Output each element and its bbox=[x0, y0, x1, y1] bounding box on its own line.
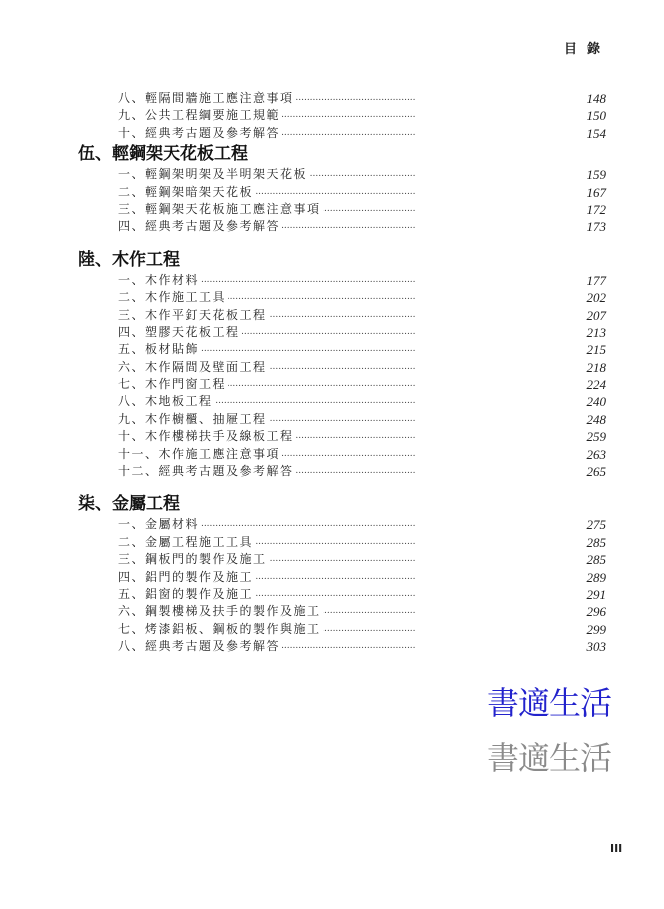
entry-page: 172 bbox=[566, 201, 606, 218]
entry-label: 七、烤漆鋁板、鋼板的製作與施工 bbox=[118, 621, 323, 638]
toc-entry[interactable]: 一、輕鋼架明架及半明架天花板..........................… bbox=[0, 166, 664, 183]
toc-continued-section: 八、輕隔間牆施工應注意事項...........................… bbox=[0, 90, 664, 142]
toc-entry[interactable]: 七、木作門窗工程................................… bbox=[0, 376, 664, 393]
entry-label: 三、鋼板門的製作及施工 bbox=[118, 551, 269, 568]
entry-label: 一、金屬材料 bbox=[118, 516, 201, 533]
toc-entry[interactable]: 二、輕鋼架暗架天花板..............................… bbox=[0, 184, 664, 201]
entry-page: 159 bbox=[566, 166, 606, 183]
entry-label: 八、輕隔間牆施工應注意事項 bbox=[118, 90, 296, 107]
entry-label: 四、鋁門的製作及施工 bbox=[118, 569, 255, 586]
entry-page: 296 bbox=[566, 603, 606, 620]
entry-page: 173 bbox=[566, 218, 606, 235]
entry-label: 二、木作施工工具 bbox=[118, 289, 228, 306]
toc-chapter-6: 陸、木作工程 一、木作材料...........................… bbox=[0, 248, 664, 481]
entry-label: 二、金屬工程施工工具 bbox=[118, 534, 255, 551]
entry-page: 275 bbox=[566, 516, 606, 533]
entry-page: 224 bbox=[566, 376, 606, 393]
entry-label: 十二、經典考古題及參考解答 bbox=[118, 463, 296, 480]
toc-entry[interactable]: 四、鋁門的製作及施工..............................… bbox=[0, 569, 664, 586]
page-number: III bbox=[610, 842, 622, 855]
entry-page: 303 bbox=[566, 638, 606, 655]
entry-page: 248 bbox=[566, 411, 606, 428]
toc-entry[interactable]: 八、輕隔間牆施工應注意事項...........................… bbox=[0, 90, 664, 107]
entry-label: 四、經典考古題及參考解答 bbox=[118, 218, 282, 235]
entry-label: 十一、木作施工應注意事項 bbox=[118, 446, 282, 463]
toc-entry[interactable]: 三、木作平釘天花板工程.............................… bbox=[0, 307, 664, 324]
entry-page: 177 bbox=[566, 272, 606, 289]
toc-entry[interactable]: 八、木地板工程.................................… bbox=[0, 393, 664, 410]
entry-page: 259 bbox=[566, 428, 606, 445]
watermark-secondary: 書適生活 bbox=[487, 733, 611, 779]
toc-entry[interactable]: 二、金屬工程施工工具..............................… bbox=[0, 534, 664, 551]
entry-page: 150 bbox=[566, 107, 606, 124]
entry-page: 213 bbox=[566, 324, 606, 341]
entry-label: 九、木作櫥櫃、抽屜工程 bbox=[118, 411, 269, 428]
toc-entry[interactable]: 一、木作材料..................................… bbox=[0, 272, 664, 289]
entry-label: 八、木地板工程 bbox=[118, 393, 215, 410]
toc-chapter-5: 伍、輕鋼架天花板工程 一、輕鋼架明架及半明架天花板...............… bbox=[0, 142, 664, 236]
entry-page: 207 bbox=[566, 307, 606, 324]
toc-entry[interactable]: 十二、經典考古題及參考解答...........................… bbox=[0, 463, 664, 480]
entry-label: 八、經典考古題及參考解答 bbox=[118, 638, 282, 655]
toc-entry[interactable]: 三、輕鋼架天花板施工應注意事項.........................… bbox=[0, 201, 664, 218]
entry-page: 285 bbox=[566, 551, 606, 568]
entry-label: 五、鋁窗的製作及施工 bbox=[118, 586, 255, 603]
toc-entry[interactable]: 三、鋼板門的製作及施工.............................… bbox=[0, 551, 664, 568]
entry-page: 299 bbox=[566, 621, 606, 638]
entry-page: 154 bbox=[566, 125, 606, 142]
entry-page: 202 bbox=[566, 289, 606, 306]
toc-entry[interactable]: 六、鋼製樓梯及扶手的製作及施工.........................… bbox=[0, 603, 664, 620]
entry-page: 289 bbox=[566, 569, 606, 586]
toc-entry[interactable]: 四、塑膠天花板工程...............................… bbox=[0, 324, 664, 341]
entry-page: 285 bbox=[566, 534, 606, 551]
toc-entry[interactable]: 九、公共工程綱要施工規範............................… bbox=[0, 107, 664, 124]
toc-entry[interactable]: 十、經典考古題及參考解答............................… bbox=[0, 125, 664, 142]
chapter-title[interactable]: 伍、輕鋼架天花板工程 bbox=[78, 142, 664, 166]
page-header-title: 目錄 bbox=[564, 38, 610, 57]
toc-entry[interactable]: 一、金屬材料..................................… bbox=[0, 516, 664, 533]
entry-label: 十、木作樓梯扶手及線板工程 bbox=[118, 428, 296, 445]
entry-page: 167 bbox=[566, 184, 606, 201]
toc-entry[interactable]: 五、板材貼飾..................................… bbox=[0, 341, 664, 358]
entry-page: 240 bbox=[566, 393, 606, 410]
entry-page: 291 bbox=[566, 586, 606, 603]
toc-entry[interactable]: 五、鋁窗的製作及施工..............................… bbox=[0, 586, 664, 603]
entry-label: 六、木作隔間及壁面工程 bbox=[118, 359, 269, 376]
entry-page: 263 bbox=[566, 446, 606, 463]
entry-label: 三、輕鋼架天花板施工應注意事項 bbox=[118, 201, 323, 218]
entry-label: 六、鋼製樓梯及扶手的製作及施工 bbox=[118, 603, 323, 620]
toc-entry[interactable]: 十一、木作施工應注意事項............................… bbox=[0, 446, 664, 463]
toc-chapter-7: 柒、金屬工程 一、金屬材料...........................… bbox=[0, 492, 664, 655]
toc-entry[interactable]: 八、經典考古題及參考解答............................… bbox=[0, 638, 664, 655]
toc-entry[interactable]: 九、木作櫥櫃、抽屜工程.............................… bbox=[0, 411, 664, 428]
chapter-title[interactable]: 柒、金屬工程 bbox=[78, 492, 664, 516]
table-of-contents: 八、輕隔間牆施工應注意事項...........................… bbox=[0, 90, 664, 656]
toc-entry[interactable]: 十、木作樓梯扶手及線板工程...........................… bbox=[0, 428, 664, 445]
entry-label: 五、板材貼飾 bbox=[118, 341, 201, 358]
entry-label: 二、輕鋼架暗架天花板 bbox=[118, 184, 255, 201]
entry-label: 三、木作平釘天花板工程 bbox=[118, 307, 269, 324]
entry-label: 十、經典考古題及參考解答 bbox=[118, 125, 282, 142]
watermark-primary: 書適生活 bbox=[487, 678, 611, 724]
entry-label: 九、公共工程綱要施工規範 bbox=[118, 107, 282, 124]
entry-label: 七、木作門窗工程 bbox=[118, 376, 228, 393]
toc-entry[interactable]: 四、經典考古題及參考解答............................… bbox=[0, 218, 664, 235]
entry-page: 265 bbox=[566, 463, 606, 480]
entry-label: 一、木作材料 bbox=[118, 272, 201, 289]
entry-page: 218 bbox=[566, 359, 606, 376]
chapter-title[interactable]: 陸、木作工程 bbox=[78, 248, 664, 272]
entry-label: 四、塑膠天花板工程 bbox=[118, 324, 242, 341]
toc-entry[interactable]: 二、木作施工工具................................… bbox=[0, 289, 664, 306]
entry-label: 一、輕鋼架明架及半明架天花板 bbox=[118, 166, 309, 183]
toc-entry[interactable]: 七、烤漆鋁板、鋼板的製作與施工.........................… bbox=[0, 621, 664, 638]
entry-page: 148 bbox=[566, 90, 606, 107]
toc-entry[interactable]: 六、木作隔間及壁面工程.............................… bbox=[0, 359, 664, 376]
entry-page: 215 bbox=[566, 341, 606, 358]
